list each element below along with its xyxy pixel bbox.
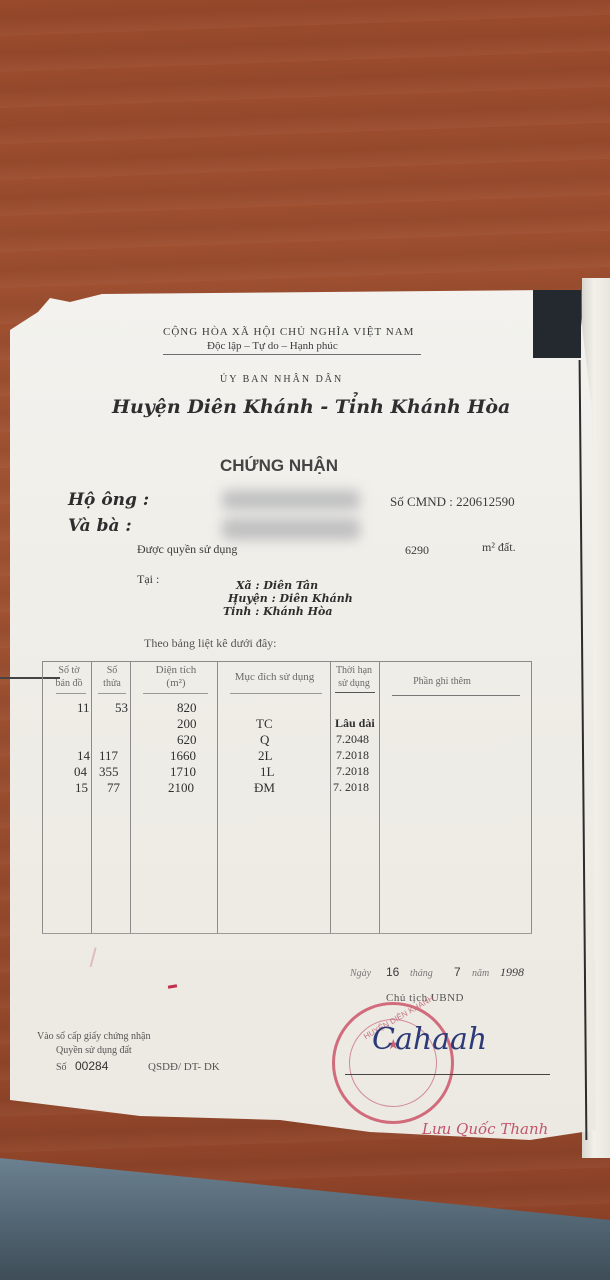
cell-to: 04 [74, 764, 87, 780]
header-thoi-han: Thời hạn sử dụng [330, 664, 378, 690]
header-underline [392, 695, 520, 696]
table-col-line [91, 661, 92, 933]
header-underline [143, 693, 208, 694]
country-heading: CỘNG HÒA XÃ HỘI CHỦ NGHĨA VIỆT NAM [163, 326, 414, 338]
register-line-1: Vào sổ cấp giấy chứng nhận [37, 1031, 150, 1042]
table-top-border [42, 661, 532, 662]
cell-thua: 355 [99, 764, 119, 780]
redacted-owner-name [222, 490, 360, 510]
binding-tab [533, 290, 581, 358]
cell-muc-dich: Q [260, 732, 269, 748]
table-col-line [330, 661, 331, 933]
cmnd-number: Số CMND : 220612590 [390, 494, 515, 510]
province: Tỉnh : Khánh Hòa [223, 605, 332, 618]
date-year: 1998 [500, 965, 524, 980]
cell-thoi-han: 7. 2018 [333, 780, 369, 795]
redacted-spouse-name [222, 518, 360, 540]
cell-to: 15 [75, 780, 88, 796]
header-divider [163, 354, 421, 355]
commune: Xã : Diên Tân [236, 579, 318, 592]
va-ba-label: Và bà : [68, 516, 132, 536]
cell-to: 14 [77, 748, 90, 764]
cell-muc-dich: 2L [258, 748, 272, 764]
header-phan-ghi-them: Phần ghi thêm [382, 675, 502, 688]
date-prefix: Ngày [350, 968, 371, 979]
cell-muc-dich: 1L [260, 764, 274, 780]
header-so-thua: Số thửa [96, 664, 128, 690]
cell-thoi-han: Lâu dài [335, 716, 375, 731]
ho-ong-label: Hộ ông : [68, 490, 149, 510]
cell-muc-dich: ĐM [254, 780, 275, 796]
official-seal: HUYỆN DIÊN KHÁNH ★ [332, 1002, 454, 1124]
register-line-2: Quyền sử dụng đất [56, 1045, 132, 1056]
table-bottom-border [42, 933, 532, 934]
cell-dien-tich: 2100 [168, 780, 194, 796]
cell-dien-tich: 1660 [170, 748, 196, 764]
cell-thoi-han: 7.2048 [336, 732, 369, 747]
header-muc-dich: Mục đích sử dụng [222, 671, 327, 684]
agency-heading: ỦY BAN NHÂN DÂN [220, 374, 343, 385]
header-underline [56, 693, 86, 694]
cell-dien-tich: 620 [177, 732, 197, 748]
cell-thua: 53 [115, 700, 128, 716]
district: Huyện : Diên Khánh [228, 592, 353, 605]
date-day: 16 [386, 965, 399, 979]
header-underline [335, 692, 375, 693]
header-dien-tich: Diện tích (m²) [140, 664, 212, 690]
cell-muc-dich: TC [256, 716, 273, 732]
date-month: 7 [454, 965, 461, 979]
total-area: 6290 [405, 543, 429, 558]
usage-right-label: Được quyền sử dụng [137, 542, 237, 557]
table-col-line [42, 661, 43, 933]
cell-dien-tich: 1710 [170, 764, 196, 780]
register-no: 00284 [75, 1059, 108, 1073]
cell-dien-tich: 820 [177, 700, 197, 716]
cell-thua: 77 [107, 780, 120, 796]
location-label: Tại : [137, 572, 159, 587]
table-col-line [531, 661, 532, 933]
header-underline [98, 693, 126, 694]
date-month-label: tháng [410, 968, 433, 979]
signature: Cahaah [372, 1022, 487, 1057]
certificate-title: CHỨNG NHẬN [220, 456, 338, 476]
date-year-label: năm [472, 968, 489, 979]
signature-line [345, 1074, 550, 1075]
header-underline [230, 693, 322, 694]
table-col-line [217, 661, 218, 933]
table-col-line [379, 661, 380, 933]
list-note: Theo bảng liệt kê dưới đây: [144, 636, 276, 651]
table-col-line [130, 661, 131, 933]
cell-dien-tich: 200 [177, 716, 197, 732]
cell-thoi-han: 7.2018 [336, 748, 369, 763]
cell-to: 11 [77, 700, 90, 716]
area-unit: m² đất. [482, 540, 516, 555]
cell-thoi-han: 7.2018 [336, 764, 369, 779]
district-province-heading: Huyện Diên Khánh - Tỉnh Khánh Hòa [112, 396, 510, 418]
register-prefix: Số [56, 1062, 67, 1073]
register-suffix: QSDĐ/ DT- DK [148, 1061, 220, 1073]
header-so-to-ban-do: Số tờ bản đồ [50, 664, 88, 690]
signer-name: Lưu Quốc Thanh [422, 1120, 548, 1138]
cell-thua: 117 [99, 748, 118, 764]
motto: Độc lập – Tự do – Hạnh phúc [207, 340, 338, 352]
